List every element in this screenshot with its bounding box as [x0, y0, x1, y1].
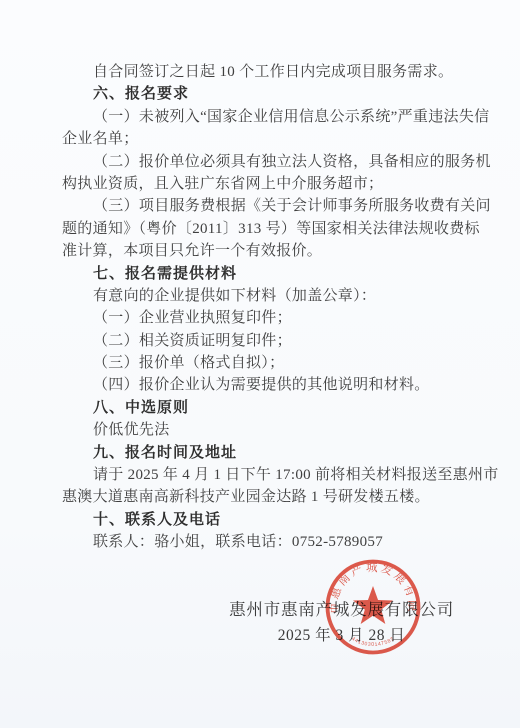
document-line: （一）企业营业执照复印件；	[62, 307, 459, 329]
document-line: 有意向的企业提供如下材料（加盖公章）：	[62, 285, 459, 307]
document-line: 企业名单；	[62, 128, 459, 150]
section-heading-8: 八、中选原则	[62, 397, 459, 419]
contact-line: 联系人：骆小姐，联系电话：0752-5789057	[62, 531, 459, 553]
document-line: 自合同签订之日起 10 个工作日内完成项目服务需求。	[62, 61, 459, 83]
document-line: 价低优先法	[62, 419, 459, 441]
document-line: （三）报价单（格式自拟）；	[62, 352, 459, 374]
document-body: 自合同签订之日起 10 个工作日内完成项目服务需求。 六、报名要求 （一）未被列…	[62, 61, 459, 554]
document-line: 请于 2025 年 4 月 1 日下午 17:00 前将相关材料报送至惠州市	[62, 464, 459, 486]
document-line: （一）未被列入“国家企业信用信息公示系统”严重违法失信	[62, 106, 459, 128]
document-line: （四）报价企业认为需要提供的其他说明和材料。	[62, 374, 459, 396]
document-line: 题的通知》（粤价〔2011〕313 号）等国家相关法律法规收费标	[62, 218, 459, 240]
section-heading-7: 七、报名需提供材料	[62, 263, 459, 285]
section-heading-10: 十、联系人及电话	[62, 509, 459, 531]
document-line: （二）相关资质证明复印件；	[62, 330, 459, 352]
document-page: 自合同签订之日起 10 个工作日内完成项目服务需求。 六、报名要求 （一）未被列…	[0, 0, 520, 728]
document-line: 构执业资质，且入驻广东省网上中介服务超市；	[62, 173, 459, 195]
section-heading-6: 六、报名要求	[62, 83, 459, 105]
document-line: （三）项目服务费根据《关于会计师事务所服务收费有关问	[62, 195, 459, 217]
company-name: 惠州市惠南产城发展有限公司	[229, 596, 454, 619]
document-line: 准计算，本项目只允许一个有效报价。	[62, 240, 459, 262]
document-line: 惠澳大道惠南高新科技产业园金达路 1 号研发楼五楼。	[62, 486, 459, 508]
signature-date: 2025 年 3 月 28 日	[229, 623, 454, 645]
signature-block: 惠州市惠南产城发展有限公司 2025 年 3 月 28 日	[229, 596, 454, 645]
section-heading-9: 九、报名时间及地址	[62, 442, 459, 464]
document-line: （二）报价单位必须具有独立法人资格，具备相应的服务机	[62, 151, 459, 173]
